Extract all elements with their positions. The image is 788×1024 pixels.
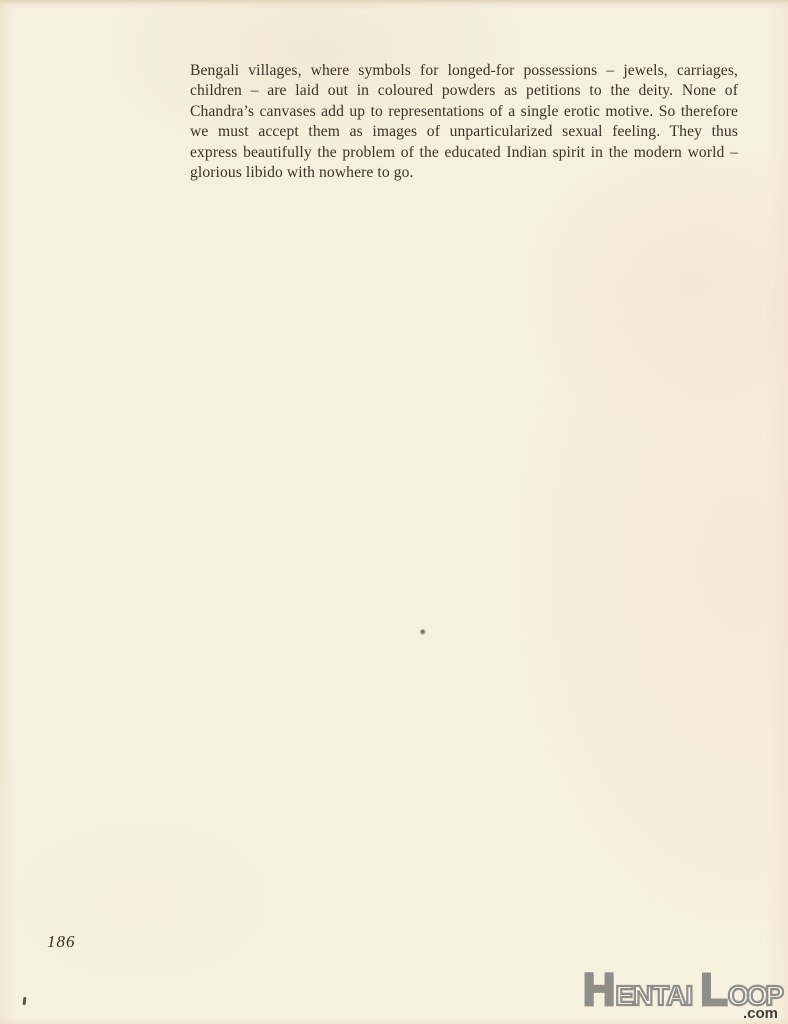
text-line: glorious libido with nowhere to go. [190, 163, 738, 183]
text-line: Chandra’s canvases add up to representat… [190, 102, 738, 122]
scanned-book-page: Bengali villages, where symbols for long… [0, 0, 788, 1024]
watermark-word1-rest: ENTAI [615, 982, 692, 1010]
page-number: 186 [47, 932, 76, 952]
text-line: children – are laid out in coloured powd… [190, 81, 738, 101]
text-line: we must accept them as images of unparti… [190, 122, 738, 142]
text-line: express beautifully the problem of the e… [190, 143, 738, 163]
ink-speck [23, 997, 27, 1005]
text-line: Bengali villages, where symbols for long… [190, 61, 738, 81]
watermark-initial-h: H [583, 967, 616, 1012]
body-text-paragraph: Bengali villages, where symbols for long… [190, 61, 738, 183]
watermark-logo: H ENTAI L OOP .com [583, 967, 781, 1012]
watermark-tld: .com [743, 1006, 778, 1021]
ink-speck [420, 629, 426, 635]
watermark-initial-l: L [700, 967, 728, 1012]
